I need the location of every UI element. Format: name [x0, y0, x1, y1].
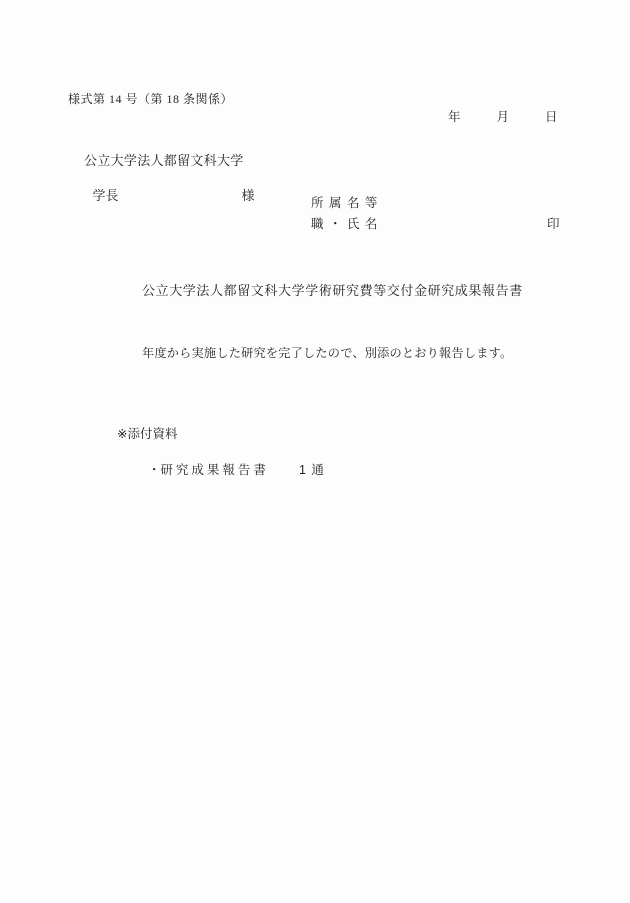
attachment-bullet: ・ — [148, 463, 161, 477]
addressee-role: 学長 — [92, 188, 118, 203]
date-line: 年 月 日 — [448, 111, 558, 124]
body-text: 年度から実施した研究を完了したので、別添のとおり報告します。 — [142, 347, 512, 359]
seal-label: 印 — [547, 218, 560, 231]
date-year-label: 年 — [448, 111, 461, 124]
position-name-label: 職 ・ 氏 名 — [311, 218, 378, 231]
attachments-heading: ※添付資料 — [117, 428, 177, 441]
addressee-honorific: 様 — [241, 188, 254, 203]
document-page: 様式第 14 号（第 18 条関係） 年 月 日 公立大学法人都留文科大学 学長… — [0, 0, 630, 903]
form-number: 様式第 14 号（第 18 条関係） — [68, 93, 233, 105]
attachment-quantity: 1 通 — [299, 463, 325, 477]
attachment-item: ・研究成果報告書1 通 — [134, 451, 325, 489]
date-day-label: 日 — [545, 111, 558, 124]
affiliation-label: 所 属 名 等 — [311, 197, 378, 210]
document-title: 公立大学法人都留文科大学学術研究費等交付金研究成果報告書 — [142, 284, 523, 297]
addressee-line: 学長様 — [78, 176, 254, 215]
date-month-label: 月 — [497, 111, 510, 124]
addressee-organization: 公立大学法人都留文科大学 — [84, 154, 244, 167]
attachment-label: 研究成果報告書 — [160, 463, 269, 477]
